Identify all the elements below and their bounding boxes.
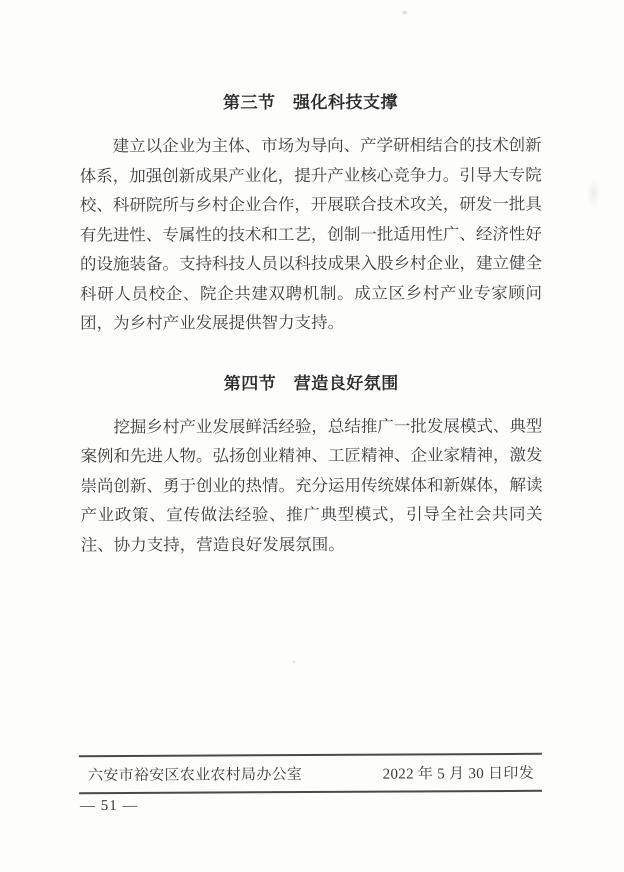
section-4-paragraph: 挖掘乡村产业发展鲜活经验，总结推广一批发展模式、典型案例和先进人物。弘扬创业精神… [80,411,542,560]
section-4-heading: 第四节 营造良好氛围 [80,370,542,397]
document-page: 第三节 强化科技支撑 建立以企业为主体、市场为导向、产学研相结合的技术创新体系，… [0,0,624,872]
colophon: 六安市裕安区农业农村局办公室 2022 年 5 月 30 日印发 [79,753,542,794]
section-3-heading: 第三节 强化科技支撑 [80,89,542,116]
colophon-row: 六安市裕安区农业农村局办公室 2022 年 5 月 30 日印发 [79,755,542,792]
scan-speck [292,660,296,664]
page-number: — 51 — [80,796,139,816]
section-3-paragraph: 建立以企业为主体、市场为导向、产学研相结合的技术创新体系，加强创新成果产业化，提… [80,130,543,338]
issuing-office: 六安市裕安区农业农村局办公室 [88,763,302,785]
print-date: 2022 年 5 月 30 日印发 [383,762,534,784]
page-content: 第三节 强化科技支撑 建立以企业为主体、市场为导向、产学研相结合的技术创新体系，… [79,0,542,560]
scan-smudge [588,178,600,208]
